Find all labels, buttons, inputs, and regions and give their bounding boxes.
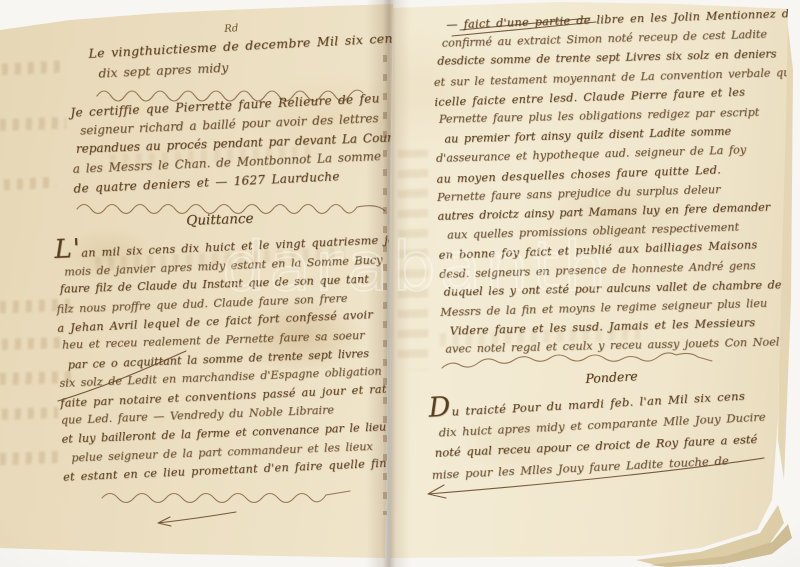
paragraph-certification: Je certiffie que Pierrette faure Relieur… (70, 90, 391, 198)
section-heading: Quittance (186, 211, 254, 229)
flourish-arrow (150, 508, 240, 528)
date-header: Le vingthuictiesme de decembre Mil six c… (88, 28, 401, 84)
show-through-column (398, 150, 428, 370)
show-through-mark (0, 117, 66, 131)
flourish-squiggle (100, 486, 350, 502)
flourish-arrow-long (408, 450, 768, 496)
crease-stroke (40, 345, 190, 405)
show-through-mark (4, 177, 57, 191)
gutter-ink-marks (383, 55, 387, 515)
show-through-mark (2, 60, 61, 75)
show-through-mark (2, 407, 58, 420)
divider-word: Pondere (585, 368, 638, 386)
manuscript-photo: Rd Le vingthuictiesme de decembre Mil si… (0, 0, 800, 567)
paragraph-agreement: — faict d'une partie de libre en les Jol… (432, 5, 800, 361)
corner-mark: Rd (224, 23, 239, 35)
show-through-mark (0, 451, 62, 465)
